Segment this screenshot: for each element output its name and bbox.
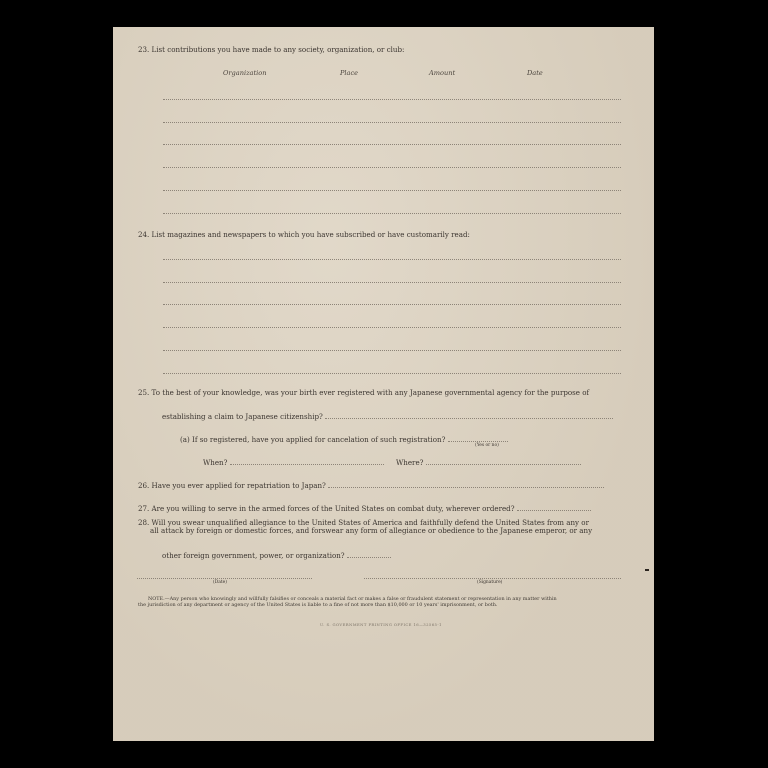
question-28-line-2: all attack by foreign or domestic forces… — [150, 526, 592, 535]
answer-line[interactable] — [163, 144, 621, 145]
when-label: When? — [203, 458, 227, 467]
answer-line[interactable] — [163, 259, 621, 260]
where-label: Where? — [396, 458, 423, 467]
answer-line[interactable] — [163, 122, 621, 123]
date-label: (Date) — [213, 580, 227, 586]
question-25-answer-field[interactable] — [325, 412, 613, 419]
question-28-text: other foreign government, power, or orga… — [162, 551, 345, 560]
question-25a-answer-field[interactable] — [448, 435, 508, 442]
question-24-label: 24. List magazines and newspapers to whi… — [138, 230, 470, 239]
question-25-text: establishing a claim to Japanese citizen… — [162, 412, 323, 421]
question-25a-where: Where? — [396, 458, 581, 467]
answer-line[interactable] — [163, 99, 621, 100]
question-28-line-3: other foreign government, power, or orga… — [162, 551, 391, 560]
question-25a: (a) If so registered, have you applied f… — [180, 435, 508, 444]
ink-mark — [645, 569, 649, 571]
signature-line[interactable] — [364, 578, 621, 579]
column-date: Date — [527, 69, 543, 78]
answer-line[interactable] — [163, 167, 621, 168]
question-28-answer-field[interactable] — [347, 551, 391, 558]
question-25-line-1: 25. To the best of your knowledge, was y… — [138, 388, 589, 397]
question-25-line-2: establishing a claim to Japanese citizen… — [162, 412, 613, 421]
answer-line[interactable] — [163, 327, 621, 328]
question-26: 26. Have you ever applied for repatriati… — [138, 481, 604, 490]
answer-line[interactable] — [163, 350, 621, 351]
signature-label: (Signature) — [477, 580, 502, 586]
question-23-label: 23. List contributions you have made to … — [138, 45, 404, 54]
question-25a-when: When? — [203, 458, 384, 467]
printing-office-imprint: U. S. GOVERNMENT PRINTING OFFICE 16—3256… — [320, 620, 442, 629]
answer-line[interactable] — [163, 373, 621, 374]
question-27-answer-field[interactable] — [517, 504, 591, 511]
legal-note-line-2: the jurisdiction of any department or ag… — [138, 602, 497, 608]
answer-line[interactable] — [163, 213, 621, 214]
column-organization: Organization — [223, 69, 266, 78]
question-27: 27. Are you willing to serve in the arme… — [138, 504, 591, 513]
answer-line[interactable] — [163, 190, 621, 191]
answer-line[interactable] — [163, 304, 621, 305]
column-place: Place — [340, 69, 358, 78]
where-field[interactable] — [426, 458, 581, 465]
when-field[interactable] — [230, 458, 384, 465]
date-signature-line[interactable] — [137, 578, 312, 579]
form-page: 23. List contributions you have made to … — [113, 27, 654, 741]
question-25a-text: (a) If so registered, have you applied f… — [180, 435, 445, 444]
yes-or-no-hint: (Yes or no) — [475, 443, 499, 449]
question-27-text: 27. Are you willing to serve in the arme… — [138, 504, 515, 513]
question-26-answer-field[interactable] — [328, 481, 604, 488]
answer-line[interactable] — [163, 282, 621, 283]
column-amount: Amount — [429, 69, 455, 78]
question-26-text: 26. Have you ever applied for repatriati… — [138, 481, 326, 490]
